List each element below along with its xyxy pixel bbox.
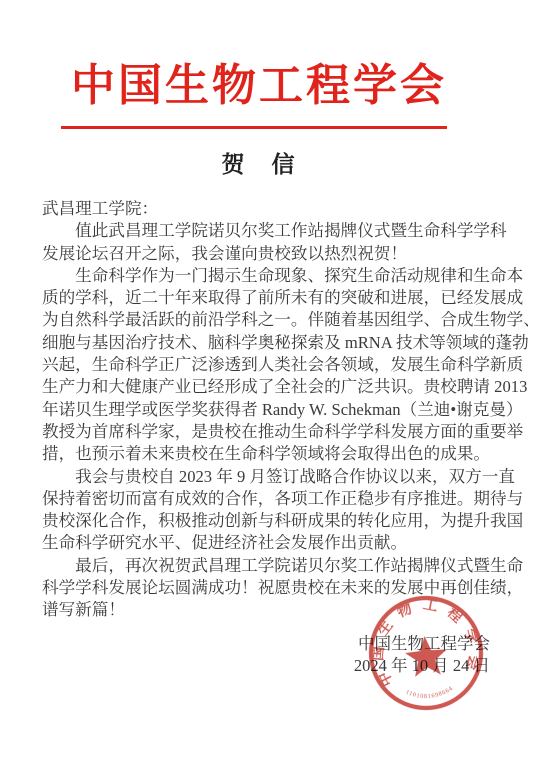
letter-line: 生命科学作为一门揭示生命现象、探究生命活动规律和生命本 — [42, 265, 524, 287]
seal-star-icon — [404, 634, 449, 677]
letter-line: 年诺贝生理学或医学奖获得者 Randy W. Schekman（兰迪•谢克曼） — [42, 399, 524, 421]
letter-line: 发展论坛召开之际，我会谨向贵校致以热烈祝贺！ — [42, 243, 524, 265]
letter-line: 为自然科学最活跃的前沿学科之一。伴随着基因组学、合成生物学、 — [42, 309, 524, 331]
letter-line: 我会与贵校自 2023 年 9 月签订战略合作协议以来，双方一直 — [42, 466, 524, 488]
org-title: 中国生物工程学会 — [0, 62, 518, 110]
letter-line: 贵校深化合作，积极推动创新与科研成果的转化应用，为提升我国 — [42, 510, 524, 532]
letter-page: 中国生物工程学会 贺 信 武昌理工学院： 值此武昌理工学院诺贝尔奖工作站揭牌仪式… — [0, 0, 554, 783]
letter-line: 武昌理工学院： — [42, 198, 524, 220]
seal-serial-number: 1101081698664 — [404, 684, 455, 702]
letter-line: 生命科学研究水平、促进经济社会发展作出贡献。 — [42, 532, 524, 554]
letter-line: 生产力和大健康产业已经形成了全社会的广泛共识。贵校聘请 2013 — [42, 376, 524, 398]
letter-line: 保持着密切而富有成效的合作，各项工作正稳步有序推进。期待与 — [42, 488, 524, 510]
letter-line: 措，也预示着未来贵校在生命科学领域将会取得出色的成果。 — [42, 443, 524, 465]
red-divider-line — [61, 126, 447, 129]
letter-title: 贺 信 — [0, 146, 518, 179]
letter-line: 值此武昌理工学院诺贝尔奖工作站揭牌仪式暨生命科学学科 — [42, 220, 524, 242]
official-seal-stamp: 中国生物工程学会 1101081698664 — [359, 586, 493, 720]
letter-line: 细胞与基因治疗技术、脑科学奥秘探索及 mRNA 技术等领域的蓬勃 — [42, 332, 524, 354]
letter-line: 最后，再次祝贺武昌理工学院诺贝尔奖工作站揭牌仪式暨生命 — [42, 555, 524, 577]
letter-line: 教授为首席科学家，是贵校在推动生命科学学科发展方面的重要举 — [42, 421, 524, 443]
letter-line: 兴起，生命科学正广泛渗透到人类社会各领域，发展生命科学新质 — [42, 354, 524, 376]
letter-line: 质的学科，近二十年来取得了前所未有的突破和进展，已经发展成 — [42, 287, 524, 309]
letter-body: 武昌理工学院： 值此武昌理工学院诺贝尔奖工作站揭牌仪式暨生命科学学科 发展论坛召… — [42, 198, 524, 622]
